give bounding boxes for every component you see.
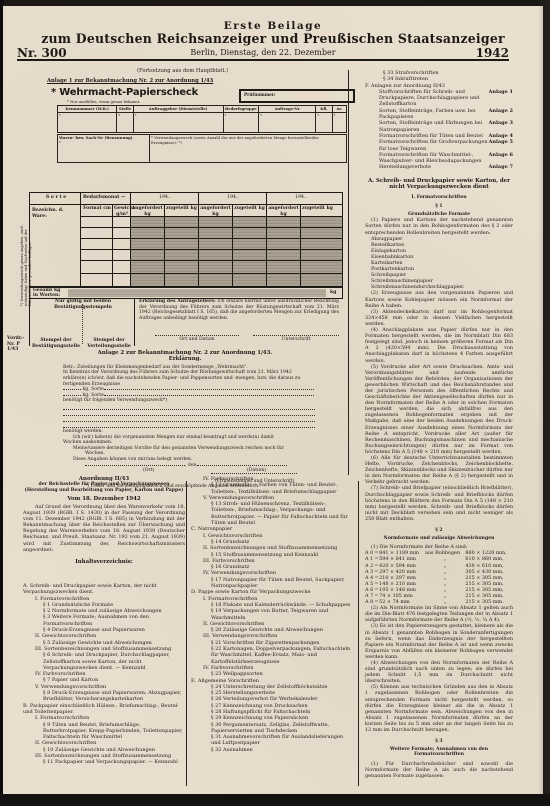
paragraph-3-title: Weitere Formate; Ausnahmen von den Forma… xyxy=(365,747,513,758)
toc-item[interactable]: § 17 Natronpapier für Tüten und Beutel, … xyxy=(191,577,353,590)
anordnung-subtitle2: (Herstellung und Bearbeitung von Papier,… xyxy=(23,488,185,494)
field-ar[interactable]: * xyxy=(332,113,346,133)
scan-bottom-edge xyxy=(0,794,550,806)
par1-text1: (1) Papiere und Kartons der nachstehend … xyxy=(365,217,513,235)
stamp-signature-field[interactable] xyxy=(211,473,297,474)
issue-row: Nr. 300 Berlin, Dienstag, den 22. Dezemb… xyxy=(17,47,509,61)
col-zugeteilt-2: zugeteilt kg xyxy=(233,206,266,212)
toc-item[interactable]: § 31 Ausnahmevorschriften für Auslandsli… xyxy=(191,734,353,747)
toc-annex-item[interactable]: Anlage 6Formatvorschriften für Waschmitt… xyxy=(365,152,513,165)
sorte-label: S o r t e xyxy=(32,195,80,201)
annex2-body1: In Kenntnis der Verordnung des Führers z… xyxy=(25,370,345,387)
field-stelle[interactable]: * xyxy=(117,113,133,133)
applicant-declaration: Erklärung des Antragstellers: Ich erklär… xyxy=(139,299,339,321)
format-label: Format cm xyxy=(82,206,112,212)
toc-item[interactable]: § 12 Grundsatz. — Farben von Tüten- und … xyxy=(191,482,353,495)
form-title: * Wehrmacht-Papierscheck xyxy=(51,87,198,98)
par1-text4: (4) Anschlagplakate aus Papier dürfen nu… xyxy=(365,327,513,364)
par1-text7: (7) Schreib- und Briefpapier (einschließ… xyxy=(365,485,513,522)
toc-item[interactable]: § 13 Stroh- und Hülsenschrenz, Textilhül… xyxy=(191,501,353,526)
toc-annex-item[interactable]: Anlage 7Herstellungsverbote xyxy=(365,164,513,170)
pruefnummer-field[interactable]: Prüfnummer: xyxy=(239,89,355,103)
sorte-sub-label: Bezeichn. d. Ware: xyxy=(32,208,72,219)
field-verwendungszweck[interactable]: * Verwendungszweck (sowie Anzahl der aus… xyxy=(150,135,347,163)
annex1-label: Anlage 1 zur Bekanntmachung Nr. 2 zur An… xyxy=(47,78,213,84)
toc-annex-item[interactable]: Anlage 1Stoffvorschriften für Schreib- u… xyxy=(365,89,513,108)
validity-note: Nur gültig mit beiden Bestätigungsstempe… xyxy=(31,299,135,310)
right-column: § 33 Strafvorschriften § 34 Inkrafttrete… xyxy=(365,70,513,779)
toc-item[interactable]: § 3 Weitere Formate; Ausnahmen von den F… xyxy=(23,614,185,627)
toc-item[interactable]: § 8 Druck-Erzeugnisse und Papierwaren; A… xyxy=(23,690,185,703)
form-subtitle: * Nur ausfüllen, wenn genau bekannt. xyxy=(67,99,140,104)
toc-annex-item[interactable]: Anlage 2Sorten, Stoffeinträge, Farben us… xyxy=(365,108,513,121)
col-bedarfsgruppe: Bedarfsgruppe xyxy=(223,106,258,113)
subsection-heading: I. Formatvorschriften xyxy=(365,195,513,201)
col-auftraggeber: Auftraggeber (Dienststelle) xyxy=(133,106,223,113)
section-a-heading: A. Schreib- und Druckpapier sowie Karton… xyxy=(365,178,513,191)
column-divider xyxy=(358,481,359,786)
paragraph-3-number: § 3 xyxy=(365,739,513,745)
quantity-grid: S o r t e Bezeichn. d. Ware: Bedarfsmona… xyxy=(29,192,343,299)
annex2-title: Erklärung. xyxy=(25,356,345,362)
paragraph-2-number: § 2 xyxy=(365,528,513,534)
paragraph-1-number: § 1 xyxy=(365,204,513,210)
col-kfl: Kfl. xyxy=(316,106,332,113)
anordnung-date: Vom 18. Dezember 1942 xyxy=(23,496,185,502)
col-stelle: Stelle xyxy=(117,106,133,113)
stamp-left-label: Stempel der Bestätigungsstelle xyxy=(31,338,81,349)
par1-text2: (2) Erzeugnisse aus den vorgenannten Pap… xyxy=(365,290,513,308)
toc-item[interactable]: § 22 Kartonagen, Doppelverpackungen; Fal… xyxy=(191,646,353,665)
kg-sorte-field-1[interactable] xyxy=(104,389,314,390)
total-label: Gesamt kg in Worten: xyxy=(33,289,65,298)
anordnung-header: Anordnung II/43 der Reichsstelle für Pap… xyxy=(23,476,185,565)
month-1[interactable]: 194.. xyxy=(132,195,198,201)
col-zugeteilt-3: zugeteilt kg xyxy=(301,206,334,212)
par1-text3: (3) Aktendeckelkarton darf nur im Rohbog… xyxy=(365,309,513,327)
toc-title: Inhaltsverzeichnis: xyxy=(23,559,185,565)
masthead: Erste Beilage zum Deutschen Reichsanzeig… xyxy=(3,20,543,46)
par1-text5: (5) Vordrucke aller Art sowie Drucksache… xyxy=(365,364,513,455)
newspaper-title: zum Deutschen Reichsanzeiger und Preußis… xyxy=(3,32,543,47)
purpose-lines[interactable] xyxy=(63,405,315,428)
anordnung-preamble: Auf Grund der Verordnung über den Warenv… xyxy=(23,504,185,553)
month-2[interactable]: 194.. xyxy=(200,195,266,201)
form-header-table: Kennnummer (W.B.) Stelle Auftraggeber (D… xyxy=(57,105,347,133)
field-auftrags-nr[interactable]: * xyxy=(259,113,316,133)
field-kennnummer[interactable]: * xyxy=(58,113,117,133)
table-of-contents-left: A. Schreib- und Druckpapier sowie Karton… xyxy=(23,583,185,766)
toc-item[interactable]: A. Schreib- und Druckpapier sowie Karton… xyxy=(23,583,185,596)
table-of-contents-middle: IV. Farbvorschriften § 12 Grundsatz. — F… xyxy=(191,476,353,753)
column-divider xyxy=(186,481,187,786)
kg-sorte-field-2[interactable] xyxy=(104,395,314,396)
total-words-field[interactable] xyxy=(68,289,326,297)
signature-label: Unterschrift xyxy=(253,337,339,343)
total-row: Gesamt kg in Worten: kg xyxy=(30,286,342,298)
par2-text3: (3) Es ist den Papiererzeugern gestattet… xyxy=(365,623,513,660)
annex2-purpose-label: benötigt für folgenden Verwendungszweck*… xyxy=(25,398,345,404)
place-date-field[interactable] xyxy=(155,335,239,336)
col-ar: Ar. xyxy=(332,106,346,113)
month-3[interactable]: 194.. xyxy=(268,195,334,201)
paragraph-2-title: Normformate und zulässige Abweichungen xyxy=(365,536,513,542)
ort-label: (Ort) xyxy=(143,468,154,474)
par2-text4: (4) Abweichungen von den Normformaten de… xyxy=(365,660,513,684)
par2-text5: (5) Können aus technischen Gründen aus d… xyxy=(365,684,513,733)
place-date-label: Ort und Datum xyxy=(155,337,239,343)
total-unit: kg xyxy=(330,290,336,296)
field-auftraggeber[interactable]: * xyxy=(133,113,223,133)
col-zugeteilt-1: zugeteilt kg xyxy=(165,206,198,212)
par2-text2: (2) Als Normformate im Sinne von Absatz … xyxy=(365,605,513,623)
signature-field[interactable] xyxy=(253,335,339,336)
stamp-right-label: Stempel der Verteilungsstelle xyxy=(84,338,134,349)
continuation-note: (Fortsetzung aus dem Hauptblatt.) xyxy=(137,68,228,74)
col-kennnummer: Kennnummer (W.B.) xyxy=(58,106,117,113)
field-waren-nr[interactable]: Waren- bzw. Sach-Nr (Benennung)* xyxy=(58,135,150,163)
annex2-declaration: Anlage 2 zur Bekanntmachung Nr. 2 zur An… xyxy=(25,350,345,490)
field-kfl[interactable]: * xyxy=(316,113,332,133)
toc-item[interactable]: § 19 Verpackungen von Butter, Teigwaren … xyxy=(191,608,353,621)
field-bedarfsgruppe[interactable]: * xyxy=(223,113,258,133)
toc-item[interactable]: § 30 Pergamentersatz, Zellglas, Zellstof… xyxy=(191,722,353,735)
toc-item[interactable]: § 32 Ausnahmen xyxy=(191,747,353,753)
toc-item[interactable]: II. Sortenbezeichnungen und Stoffzusamme… xyxy=(191,545,353,551)
toc-item[interactable]: § 9 Tüten und Beutel, Briefumschläge, Bu… xyxy=(23,722,185,741)
newspaper-page: Erste Beilage zum Deutschen Reichsanzeig… xyxy=(3,6,543,796)
toc-item[interactable]: § 11 Packpapier und Verpackungspapier. —… xyxy=(23,759,185,765)
dateline: Berlin, Dienstag, den 22. Dezember xyxy=(17,48,509,57)
date-field[interactable] xyxy=(197,465,287,466)
form-code: Vordr.-Nr. P 1/43 xyxy=(7,336,27,353)
toc-annex-item[interactable]: Anlage 3Sorten, Stoffeinträge und Färbun… xyxy=(365,120,513,133)
normformat-table: A 0=841 × 1189 mmaus Rohbogen860 × 1220 … xyxy=(365,550,513,605)
toc-annex-item[interactable]: Anlage 5Formatvorschriften für Großverpa… xyxy=(365,139,513,152)
par3-text1: (1) Für Durchschreibebücher sind sowohl … xyxy=(365,761,513,779)
toc-item[interactable]: B. Packpapier einschließlich Hülsen-, Br… xyxy=(23,703,185,716)
form-purpose-table: Waren- bzw. Sach-Nr (Benennung)* * Verwe… xyxy=(57,134,347,163)
place-field[interactable] xyxy=(85,465,185,466)
par1-text6: (6) Alle für deutsche Unterrichtsanstalt… xyxy=(365,455,513,485)
toc-item[interactable]: § 6 Schreib- und Druckpapier, Durchschla… xyxy=(23,652,185,671)
scan-right-shade xyxy=(538,0,550,806)
column-divider xyxy=(348,70,349,475)
col-auftrags-nr: Auftrags-Nr xyxy=(259,106,316,113)
issue-year: 1942 xyxy=(476,46,509,60)
bedarfsmonat-label: Bedarfsmonat → xyxy=(83,195,125,201)
